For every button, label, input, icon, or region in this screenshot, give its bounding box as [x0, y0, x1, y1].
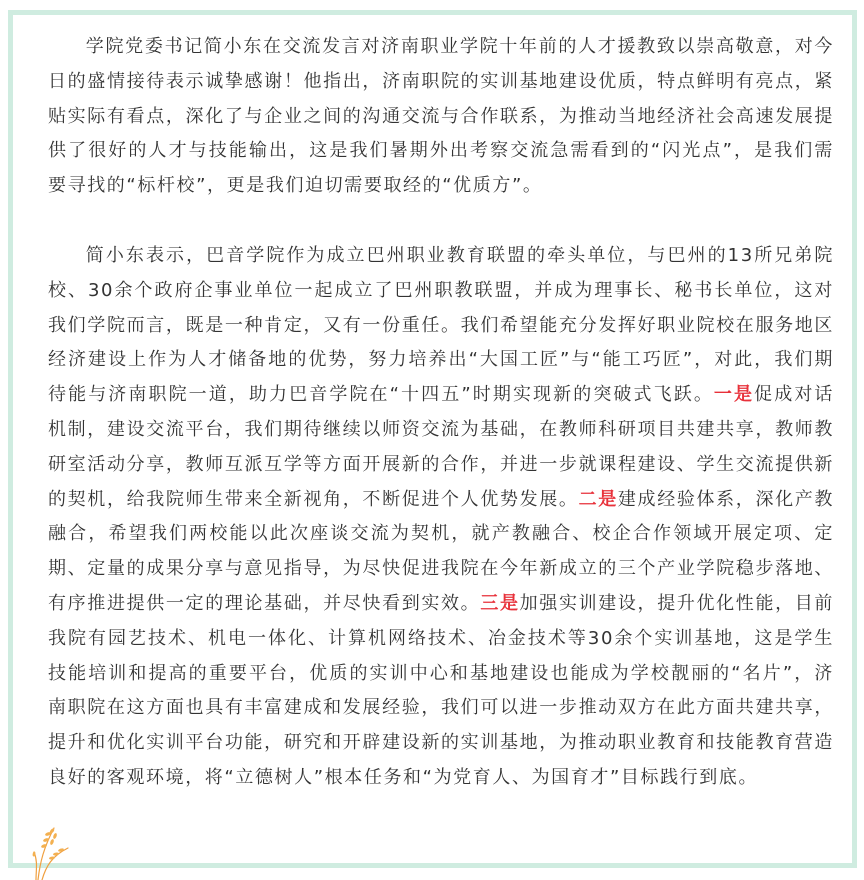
highlight-second-point: 二是	[579, 489, 618, 510]
wheat-icon	[28, 822, 72, 880]
paragraph-2: 简小东表示，巴音学院作为成立巴州职业教育联盟的牵头单位，与巴州的13所兄弟院校、…	[48, 239, 834, 796]
paragraph-1-text: 学院党委书记简小东在交流发言对济南职业学院十年前的人才援教致以崇高敬意，对今日的…	[48, 36, 834, 196]
article-body: 学院党委书记简小东在交流发言对济南职业学院十年前的人才援教致以崇高敬意，对今日的…	[48, 30, 834, 796]
highlight-first-point: 一是	[714, 384, 754, 405]
paragraph-1: 学院党委书记简小东在交流发言对济南职业学院十年前的人才援教致以崇高敬意，对今日的…	[48, 30, 834, 204]
highlight-third-point: 三是	[480, 593, 519, 614]
paragraph-2-intro: 简小东表示，巴音学院作为成立巴州职业教育联盟的牵头单位，与巴州的13所兄弟院校、…	[48, 245, 834, 405]
third-point-text: 加强实训建设，提升优化性能，目前我院有园艺技术、机电一体化、计算机网络技术、冶金…	[48, 593, 834, 788]
